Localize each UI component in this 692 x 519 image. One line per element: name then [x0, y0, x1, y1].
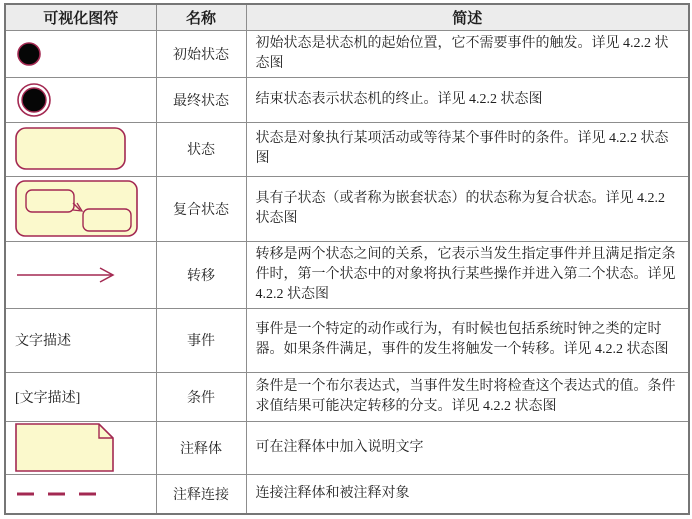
symbol-cell	[5, 122, 156, 176]
bracketed-text-label: [文字描述]	[15, 391, 80, 406]
symbol-cell: 文字描述	[5, 308, 156, 372]
symbol-cell	[5, 77, 156, 122]
column-header-symbol: 可视化图符	[5, 4, 156, 30]
description-cell: 条件是一个布尔表达式，当事件发生时将检查这个表达式的值。条件求值结果可能决定转移…	[246, 372, 689, 421]
symbol-reference-table: 可视化图符 名称 简述 初始状态 初始状态是状态机的起始位置，它不需要事件的触发…	[4, 3, 690, 515]
state-icon	[15, 127, 127, 171]
symbol-cell	[5, 241, 156, 308]
symbol-cell	[5, 474, 156, 514]
description-cell: 初始状态是状态机的起始位置，它不需要事件的触发。详见 4.2.2 状态图	[246, 30, 689, 77]
column-header-name: 名称	[156, 4, 246, 30]
table-row: 注释连接 连接注释体和被注释对象	[5, 474, 689, 514]
table-row: 初始状态 初始状态是状态机的起始位置，它不需要事件的触发。详见 4.2.2 状态…	[5, 30, 689, 77]
name-cell: 转移	[156, 241, 246, 308]
symbol-cell	[5, 30, 156, 77]
table-row: 最终状态 结束状态表示状态机的终止。详见 4.2.2 状态图	[5, 77, 689, 122]
symbol-cell: [文字描述]	[5, 372, 156, 421]
description-cell: 状态是对象执行某项活动或等待某个事件时的条件。详见 4.2.2 状态图	[246, 122, 689, 176]
name-cell: 复合状态	[156, 176, 246, 241]
table-row: 注释体 可在注释体中加入说明文字	[5, 421, 689, 474]
name-cell: 状态	[156, 122, 246, 176]
description-cell: 可在注释体中加入说明文字	[246, 421, 689, 474]
column-header-description: 简述	[246, 4, 689, 30]
table-row: 复合状态 具有子状态（或者称为嵌套状态）的状态称为复合状态。详见 4.2.2 状…	[5, 176, 689, 241]
description-cell: 结束状态表示状态机的终止。详见 4.2.2 状态图	[246, 77, 689, 122]
text-label: 文字描述	[15, 334, 71, 349]
table-row: 状态 状态是对象执行某项活动或等待某个事件时的条件。详见 4.2.2 状态图	[5, 122, 689, 176]
name-cell: 条件	[156, 372, 246, 421]
note-icon	[15, 423, 115, 473]
composite-state-icon	[15, 180, 139, 238]
transition-arrow-icon	[15, 264, 123, 286]
symbol-cell	[5, 176, 156, 241]
name-cell: 初始状态	[156, 30, 246, 77]
final-state-icon	[15, 81, 53, 119]
name-cell: 最终状态	[156, 77, 246, 122]
table-row: 文字描述 事件 事件是一个特定的动作或行为，有时候也包括系统时钟之类的定时器。如…	[5, 308, 689, 372]
table-row: [文字描述] 条件 条件是一个布尔表达式，当事件发生时将检查这个表达式的值。条件…	[5, 372, 689, 421]
description-cell: 具有子状态（或者称为嵌套状态）的状态称为复合状态。详见 4.2.2 状态图	[246, 176, 689, 241]
header-row: 可视化图符 名称 简述	[5, 4, 689, 30]
description-cell: 转移是两个状态之间的关系，它表示当发生指定事件并且满足指定条件时，第一个状态中的…	[246, 241, 689, 308]
description-cell: 事件是一个特定的动作或行为，有时候也包括系统时钟之类的定时器。如果条件满足，事件…	[246, 308, 689, 372]
name-cell: 注释连接	[156, 474, 246, 514]
symbol-cell	[5, 421, 156, 474]
name-cell: 注释体	[156, 421, 246, 474]
initial-state-icon	[15, 39, 45, 69]
name-cell: 事件	[156, 308, 246, 372]
table-row: 转移 转移是两个状态之间的关系，它表示当发生指定事件并且满足指定条件时，第一个状…	[5, 241, 689, 308]
description-cell: 连接注释体和被注释对象	[246, 474, 689, 514]
dashed-line-icon	[15, 489, 111, 499]
